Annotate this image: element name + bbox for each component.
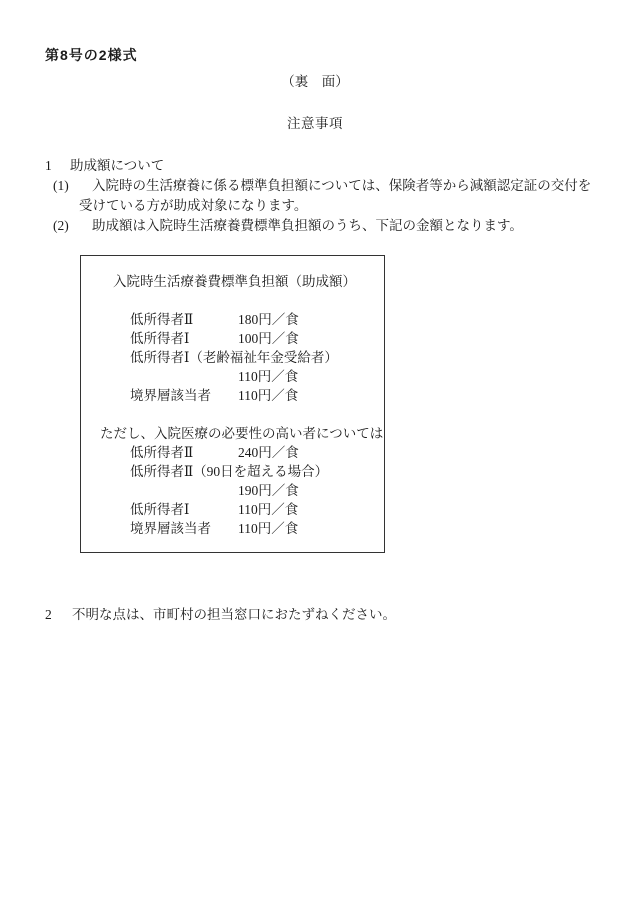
amount-row-label: 低所得者Ⅱ（90日を超える場合） [130, 464, 328, 479]
box-note: ただし、入院医療の必要性の高い者については [100, 424, 384, 443]
section1-number: 1 [45, 156, 70, 176]
amount-row-label: 境界層該当者 [130, 386, 238, 405]
section1-item1-line1: (1)入院時の生活療養に係る標準負担額については、保険者等から減額認定証の交付を [53, 176, 630, 196]
amount-row: 110円／食 [130, 367, 384, 386]
amount-row: 190円／食 [130, 481, 384, 500]
amount-row-label: 低所得者Ⅱ [130, 310, 238, 329]
back-side-label: （裏 面） [0, 70, 630, 90]
amount-row-value: 100円／食 [238, 331, 299, 346]
amount-row-label: 低所得者Ⅰ [130, 500, 238, 519]
section2-number: 2 [45, 605, 72, 625]
page-title: 注意事項 [0, 112, 630, 132]
amount-row-value: 180円／食 [238, 312, 299, 327]
amount-row: 低所得者Ⅱ180円／食 [130, 310, 384, 329]
item1-text-line1: 入院時の生活療養に係る標準負担額については、保険者等から減額認定証の交付を [92, 178, 591, 193]
amount-row: 境界層該当者110円／食 [130, 519, 384, 538]
box-title: 入院時生活療養費標準負担額（助成額） [113, 272, 384, 291]
amount-row-value: 190円／食 [238, 483, 299, 498]
amount-row-value: 110円／食 [238, 388, 298, 403]
amount-row: 低所得者Ⅱ（90日を超える場合） [130, 462, 384, 481]
item2-text-line1: 助成額は入院時生活療養費標準負担額のうち、下記の金額となります。 [92, 218, 523, 233]
item1-number: (1) [53, 176, 92, 196]
amount-row-value: 110円／食 [238, 502, 298, 517]
document-page: 第8号の2様式 （裏 面） 注意事項 1助成額について (1)入院時の生活療養に… [0, 0, 630, 903]
form-number-label: 第8号の2様式 [45, 45, 138, 65]
item2-number: (2) [53, 216, 92, 236]
subsidy-amount-box: 入院時生活療養費標準負担額（助成額） 低所得者Ⅱ180円／食 低所得者Ⅰ100円… [80, 255, 385, 553]
amount-row: 低所得者Ⅰ110円／食 [130, 500, 384, 519]
section-inquiry: 2不明な点は、市町村の担当窓口におたずねください。 [45, 605, 396, 625]
section1-item2-line1: (2)助成額は入院時生活療養費標準負担額のうち、下記の金額となります。 [53, 216, 630, 236]
section1-heading: 1助成額について [45, 156, 630, 176]
section-subsidy-amount: 1助成額について (1)入院時の生活療養に係る標準負担額については、保険者等から… [0, 156, 630, 236]
amount-row: 境界層該当者110円／食 [130, 386, 384, 405]
amount-row-label: 低所得者Ⅰ [130, 329, 238, 348]
amount-row: 低所得者Ⅰ（老齢福祉年金受給者） [130, 348, 384, 367]
amount-row-label: 低所得者Ⅱ [130, 443, 238, 462]
amount-row-label: 境界層該当者 [130, 519, 238, 538]
section1-item1-line2: 受けている方が助成対象になります。 [79, 196, 630, 216]
amount-row-value: 110円／食 [238, 521, 298, 536]
section1-heading-text: 助成額について [70, 158, 164, 173]
amount-row: 低所得者Ⅰ100円／食 [130, 329, 384, 348]
amount-row-value: 240円／食 [238, 445, 299, 460]
section2-text: 不明な点は、市町村の担当窓口におたずねください。 [72, 607, 396, 622]
amount-row: 低所得者Ⅱ240円／食 [130, 443, 384, 462]
amount-row-label: 低所得者Ⅰ（老齢福祉年金受給者） [130, 350, 338, 365]
amount-row-value: 110円／食 [238, 369, 298, 384]
